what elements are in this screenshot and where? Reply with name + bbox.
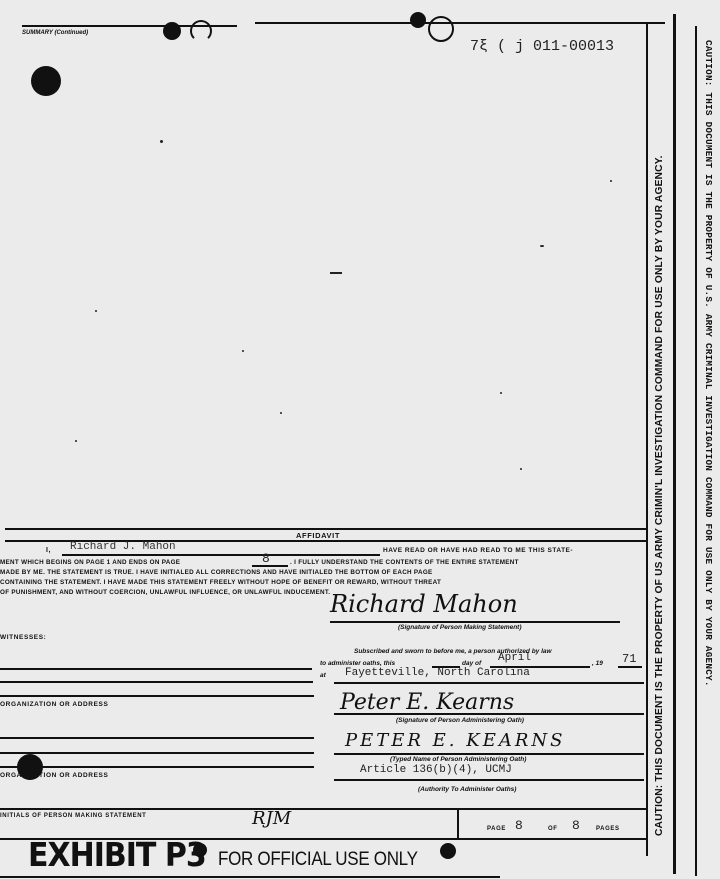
document-stamp-number: 7ξ ( j 011-00013 xyxy=(470,38,614,55)
page-total: 8 xyxy=(572,818,580,833)
affiant-name-underline xyxy=(62,554,380,556)
scan-speck xyxy=(520,468,522,470)
typed-name-caption: (Typed Name of Person Administering Oath… xyxy=(390,756,526,763)
at-label: at xyxy=(320,672,326,679)
location-field: Fayetteville, North Carolina xyxy=(345,667,530,679)
punch-hole-icon xyxy=(440,843,456,859)
affidavit-line-5: OF PUNISHMENT, AND WITHOUT COERCION, UNL… xyxy=(0,588,330,598)
initials-label: INITIALS OF PERSON MAKING STATEMENT xyxy=(0,813,146,819)
end-page-underline xyxy=(252,565,288,567)
caution-inner-text: CAUTION: THIS DOCUMENT IS THE PROPERTY O… xyxy=(654,155,665,836)
scan-speck xyxy=(610,180,612,182)
witness-line-5 xyxy=(0,752,314,754)
binder-hole-icon xyxy=(31,66,61,96)
affiant-name-field: Richard J. Mahon xyxy=(70,541,176,553)
caution-strip-border-inner xyxy=(695,26,697,876)
end-page-field: 8 xyxy=(262,551,270,566)
punch-hole-icon xyxy=(193,843,207,857)
pages-label: PAGES xyxy=(596,826,620,832)
typed-name-admin: PETER E. KEARNS xyxy=(345,730,565,751)
admin-signature-caption: (Signature of Person Administering Oath) xyxy=(396,717,524,724)
sworn-line-2-prefix: to administer oaths, this xyxy=(320,660,395,667)
scan-speck xyxy=(242,350,244,352)
continued-label: SUMMARY (Continued) xyxy=(22,30,88,36)
signature-person-administering-oath: Peter E. Kearns xyxy=(340,690,514,715)
witnesses-label: WITNESSES: xyxy=(0,634,46,641)
sworn-month-field: April xyxy=(498,652,531,664)
page-current: 8 xyxy=(515,818,523,833)
page-box-divider xyxy=(457,808,459,838)
witness-line-6 xyxy=(0,766,314,768)
affidavit-line-2-suffix: . I FULLY UNDERSTAND THE CONTENTS OF THE… xyxy=(290,558,519,568)
scan-speck xyxy=(330,272,342,274)
location-line xyxy=(334,682,644,684)
affidavit-line-4: CONTAINING THE STATEMENT. I HAVE MADE TH… xyxy=(0,578,441,588)
affidavit-intro-suffix: HAVE READ OR HAVE HAD READ TO ME THIS ST… xyxy=(383,546,573,556)
page-of-label: OF xyxy=(548,826,558,832)
affidavit-line-2-prefix: MENT WHICH BEGINS ON PAGE 1 AND ENDS ON … xyxy=(0,558,180,568)
form-top-right-corner xyxy=(490,22,648,24)
witness-line-1 xyxy=(0,668,312,670)
punch-ring-icon xyxy=(190,20,212,42)
form-right-border xyxy=(646,22,648,856)
signature-person-making-statement: Richard Mahon xyxy=(330,590,518,618)
witness-line-4 xyxy=(0,737,314,739)
witness-line-2 xyxy=(0,681,313,683)
sworn-year-field: 71 xyxy=(622,652,636,666)
typed-name-line xyxy=(334,753,644,755)
punch-hole-icon xyxy=(410,12,426,28)
sworn-day-of: day of xyxy=(462,660,481,667)
scan-speck xyxy=(75,440,77,442)
affidavit-line-3: MADE BY ME. THE STATEMENT IS TRUE. I HAV… xyxy=(0,568,433,578)
sworn-year-prefix: , 19 xyxy=(592,660,603,667)
affidavit-top-rule xyxy=(5,528,648,530)
official-use-label: FOR OFFICIAL USE ONLY xyxy=(218,848,418,871)
punch-ring-icon xyxy=(428,16,454,42)
footer-bottom-rule xyxy=(0,876,500,878)
caution-strip-border xyxy=(673,14,676,874)
initials-row-top-rule xyxy=(0,808,648,810)
scan-speck xyxy=(280,412,282,414)
org-address-label-2: ORGANIZATION OR ADDRESS xyxy=(0,772,108,779)
affidavit-intro-prefix: I, xyxy=(46,546,51,556)
authority-field: Article 136(b)(4), UCMJ xyxy=(360,764,512,776)
maker-signature-caption: (Signature of Person Making Statement) xyxy=(398,624,522,631)
scan-speck xyxy=(540,245,544,247)
exhibit-stamp: EXHIBIT P3 xyxy=(28,836,206,875)
initials-signature: RJM xyxy=(252,808,291,829)
caution-outer-text: CAUTION: THIS DOCUMENT IS THE PROPERTY O… xyxy=(703,40,714,687)
affidavit-title: AFFIDAVIT xyxy=(296,531,340,540)
page-label: PAGE xyxy=(487,826,506,832)
scan-speck xyxy=(95,310,97,312)
authority-caption: (Authority To Administer Oaths) xyxy=(418,786,516,793)
admin-signature-line xyxy=(334,713,644,715)
maker-signature-line xyxy=(330,621,620,623)
binder-hole-icon xyxy=(17,754,43,780)
org-address-label-1: ORGANIZATION OR ADDRESS xyxy=(0,701,108,708)
witness-line-3 xyxy=(0,695,314,697)
authority-line xyxy=(334,779,644,781)
punch-hole-icon xyxy=(163,22,181,40)
sworn-year-line xyxy=(618,666,642,668)
scan-speck xyxy=(500,392,502,394)
scan-speck xyxy=(160,140,163,143)
